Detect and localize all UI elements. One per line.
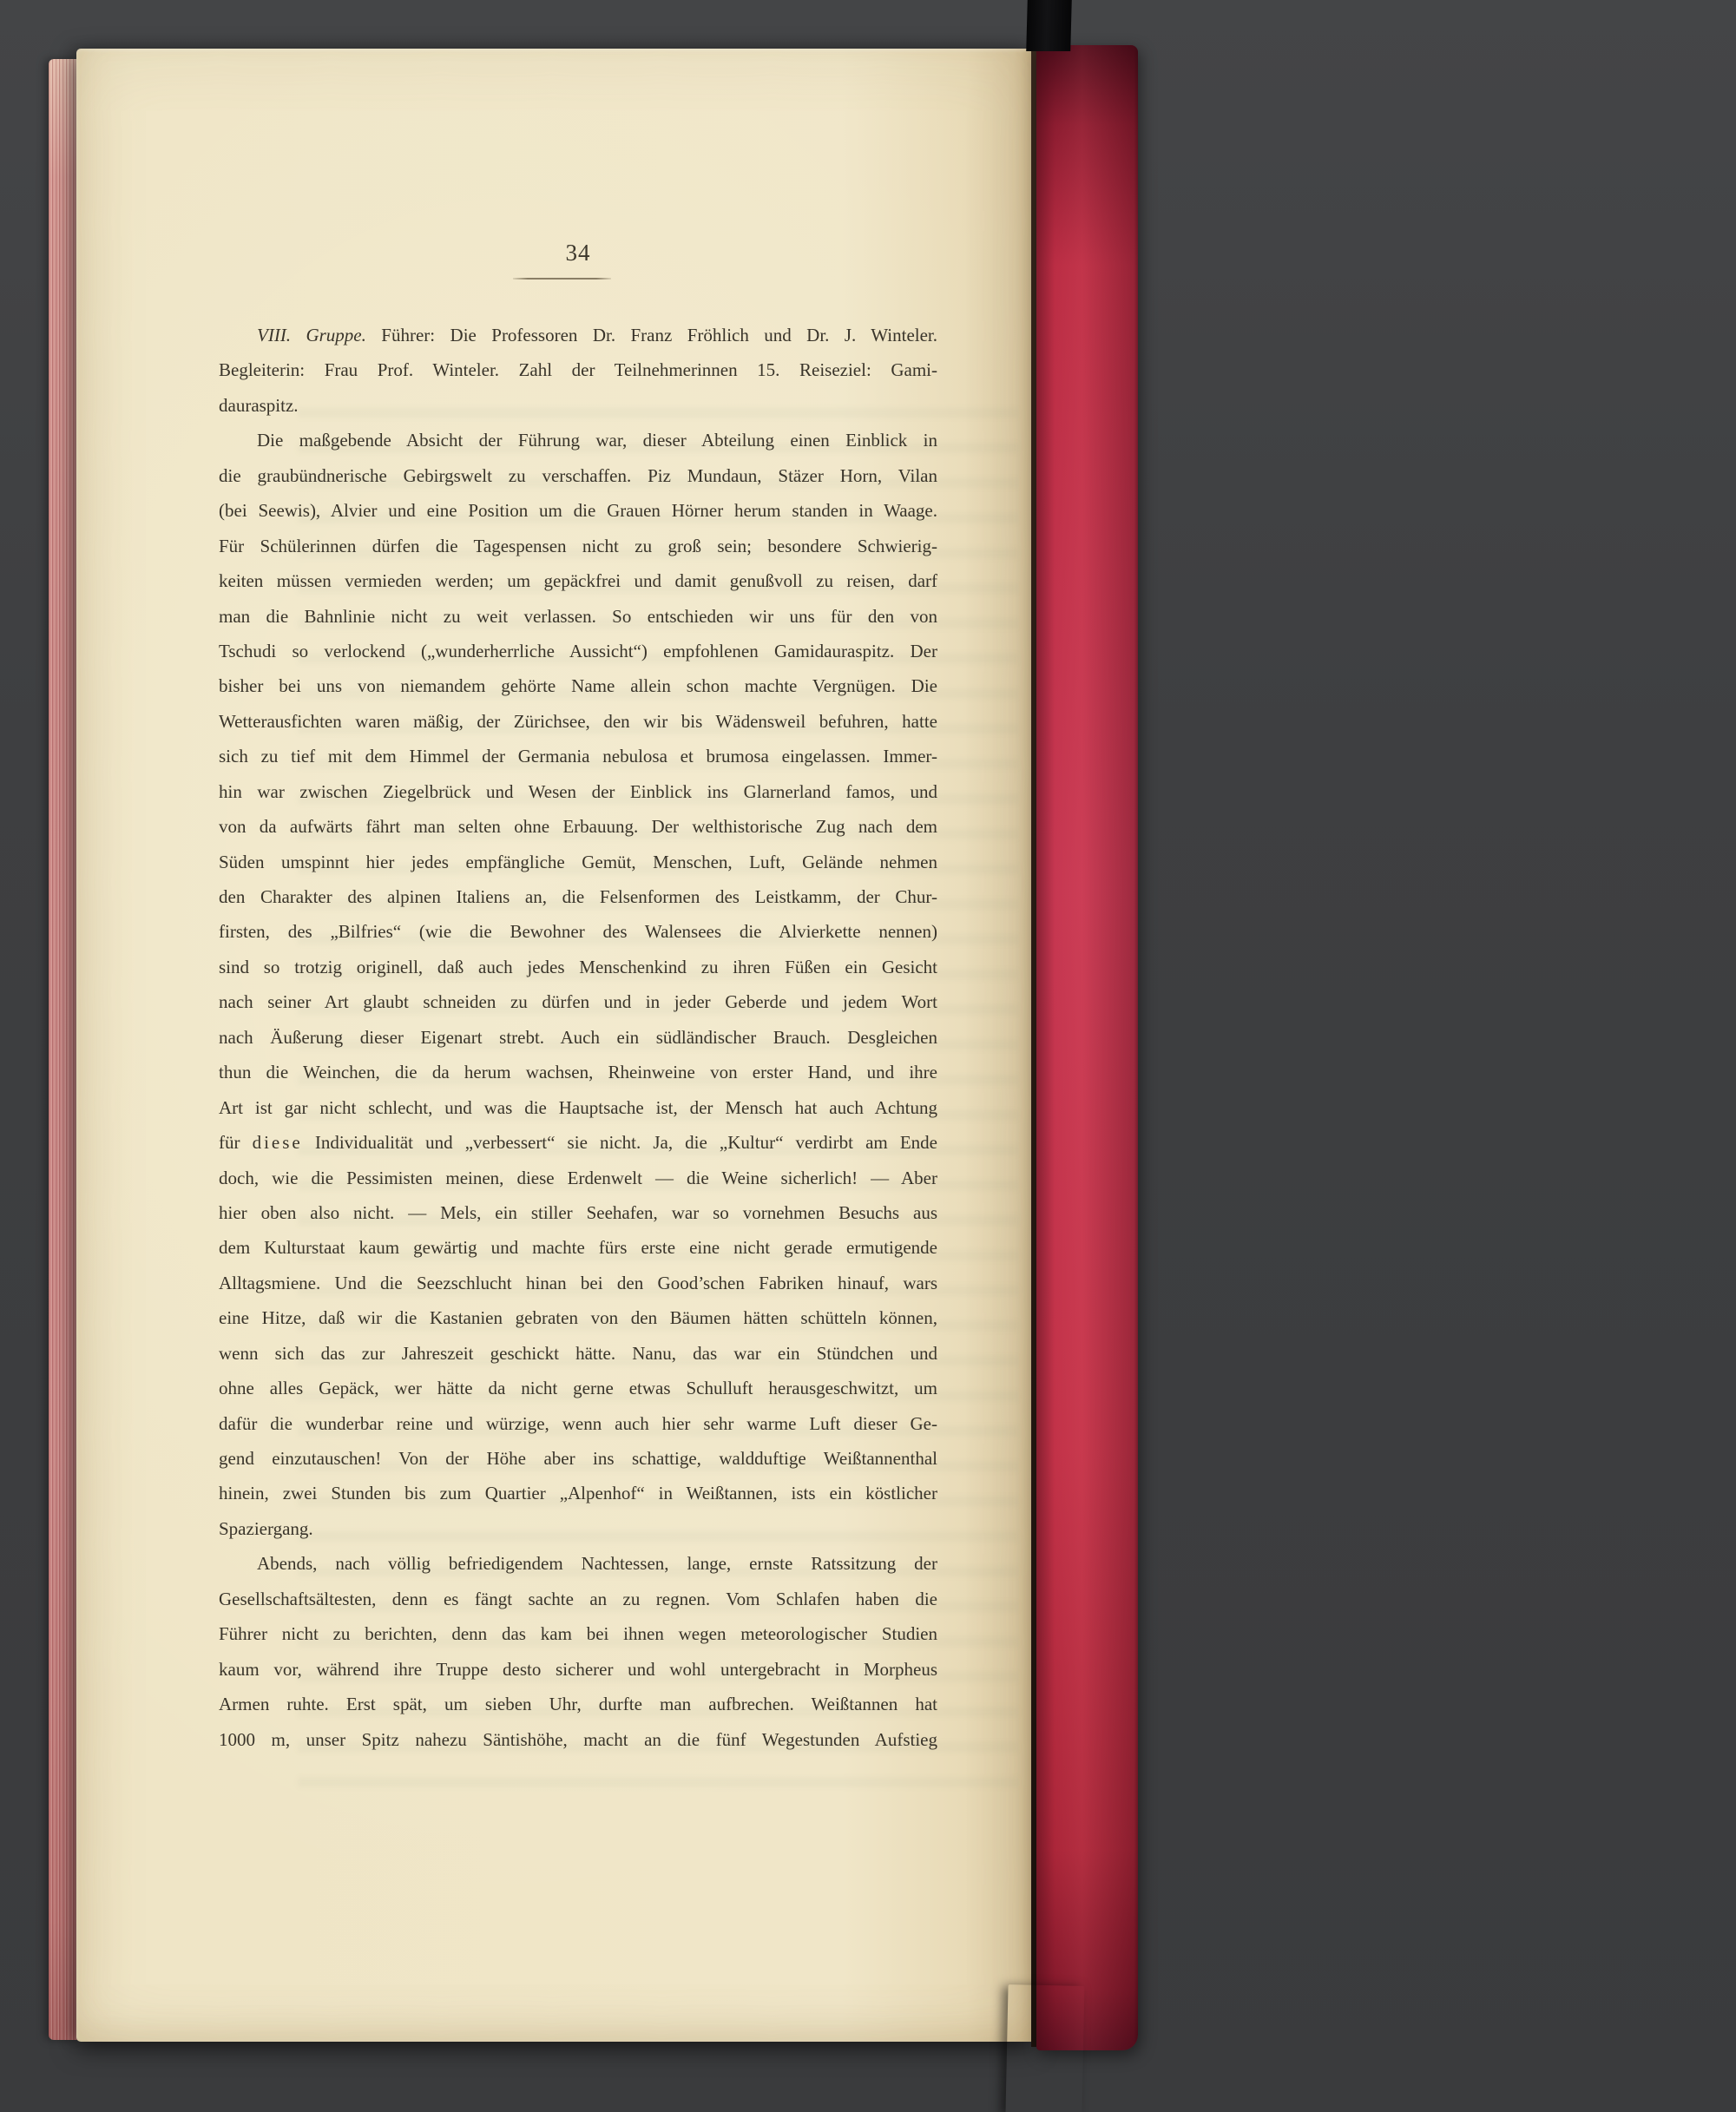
text-line: eine Hitze, daß wir die Kastanien gebrat… xyxy=(219,1300,937,1335)
text-line: doch, wie die Pessimisten meinen, diese … xyxy=(219,1161,937,1195)
text-line: Armen ruhte. Erst spät, um sieben Uhr, d… xyxy=(219,1687,937,1721)
text-line: VIII. Gruppe. Führer: Die Professoren Dr… xyxy=(219,318,937,352)
text-line: sind so trotzig originell, daß auch jede… xyxy=(219,950,937,984)
text-line: Für Schülerinnen dürfen die Tagespensen … xyxy=(219,529,937,563)
text-line: Abends, nach völlig befriedigendem Nacht… xyxy=(219,1546,937,1581)
text-line: 1000 m, unser Spitz nahezu Säntishöhe, m… xyxy=(219,1722,937,1757)
text-line: Gesellschaftsältesten, denn es fängt sac… xyxy=(219,1582,937,1616)
text-line: hin war zwischen Ziegelbrück und Wesen d… xyxy=(219,774,937,809)
text-line: man die Bahnlinie nicht zu weit verlasse… xyxy=(219,599,937,634)
text-line: thun die Weinchen, die da herum wachsen,… xyxy=(219,1055,937,1089)
bookmark-ribbon-bottom xyxy=(1005,1984,1084,2112)
text-line: Die maßgebende Absicht der Führung war, … xyxy=(219,423,937,457)
bookmark-ribbon-top xyxy=(1026,0,1072,51)
text-line: gend einzutauschen! Von der Höhe aber in… xyxy=(219,1441,937,1476)
text-line: den Charakter des alpinen Italiens an, d… xyxy=(219,879,937,914)
text-line: dem Kulturstaat kaum gewärtig und machte… xyxy=(219,1230,937,1265)
text-line: nach seiner Art glaubt schneiden zu dürf… xyxy=(219,984,937,1019)
photographed-book-scene: 34 VIII. Gruppe. Führer: Die Professoren… xyxy=(0,0,1736,2112)
text-line: bisher bei uns von niemandem gehörte Nam… xyxy=(219,668,937,703)
page-number-rule xyxy=(513,278,611,280)
text-block: VIII. Gruppe. Führer: Die Professoren Dr… xyxy=(219,318,937,1757)
text-line: wenn sich das zur Jahreszeit geschickt h… xyxy=(219,1336,937,1371)
text-line: dauraspitz. xyxy=(219,388,937,423)
text-line: hinein, zwei Stunden bis zum Quartier „A… xyxy=(219,1476,937,1510)
text-line: für diese Individualität und „verbessert… xyxy=(219,1125,937,1160)
text-line: Süden umspinnt hier jedes empfängliche G… xyxy=(219,845,937,879)
text-line: von da aufwärts fährt man selten ohne Er… xyxy=(219,809,937,844)
page-edge-stack xyxy=(49,59,78,2040)
text-line: Führer nicht zu berichten, denn das kam … xyxy=(219,1616,937,1651)
text-line: firsten, des „Bilfries“ (wie die Bewohne… xyxy=(219,914,937,949)
text-line: sich zu tief mit dem Himmel der Germania… xyxy=(219,739,937,773)
text-line: keiten müssen vermieden werden; um gepäc… xyxy=(219,563,937,598)
text-line: Tschudi so verlockend („wunderherrliche … xyxy=(219,634,937,668)
text-line: nach Äußerung dieser Eigenart strebt. Au… xyxy=(219,1020,937,1055)
text-line: Begleiterin: Frau Prof. Winteler. Zahl d… xyxy=(219,352,937,387)
text-line: Spaziergang. xyxy=(219,1511,937,1546)
text-line: (bei Seewis), Alvier und eine Position u… xyxy=(219,493,937,528)
text-line: dafür die wunderbar reine und würzige, w… xyxy=(219,1406,937,1441)
text-line: die graubündnerische Gebirgswelt zu vers… xyxy=(219,458,937,493)
book-cover-red-edge xyxy=(1036,45,1138,2050)
text-line: Art ist gar nicht schlecht, und was die … xyxy=(219,1090,937,1125)
text-line: hier oben also nicht. — Mels, ein stille… xyxy=(219,1195,937,1230)
text-line: ohne alles Gepäck, wer hätte da nicht ge… xyxy=(219,1371,937,1405)
page-number: 34 xyxy=(219,240,937,266)
text-line: Alltagsmiene. Und die Seezschlucht hinan… xyxy=(219,1266,937,1300)
text-line: Wetterausfichten waren mäßig, der Zürich… xyxy=(219,704,937,739)
text-line: kaum vor, während ihre Truppe desto sich… xyxy=(219,1652,937,1687)
